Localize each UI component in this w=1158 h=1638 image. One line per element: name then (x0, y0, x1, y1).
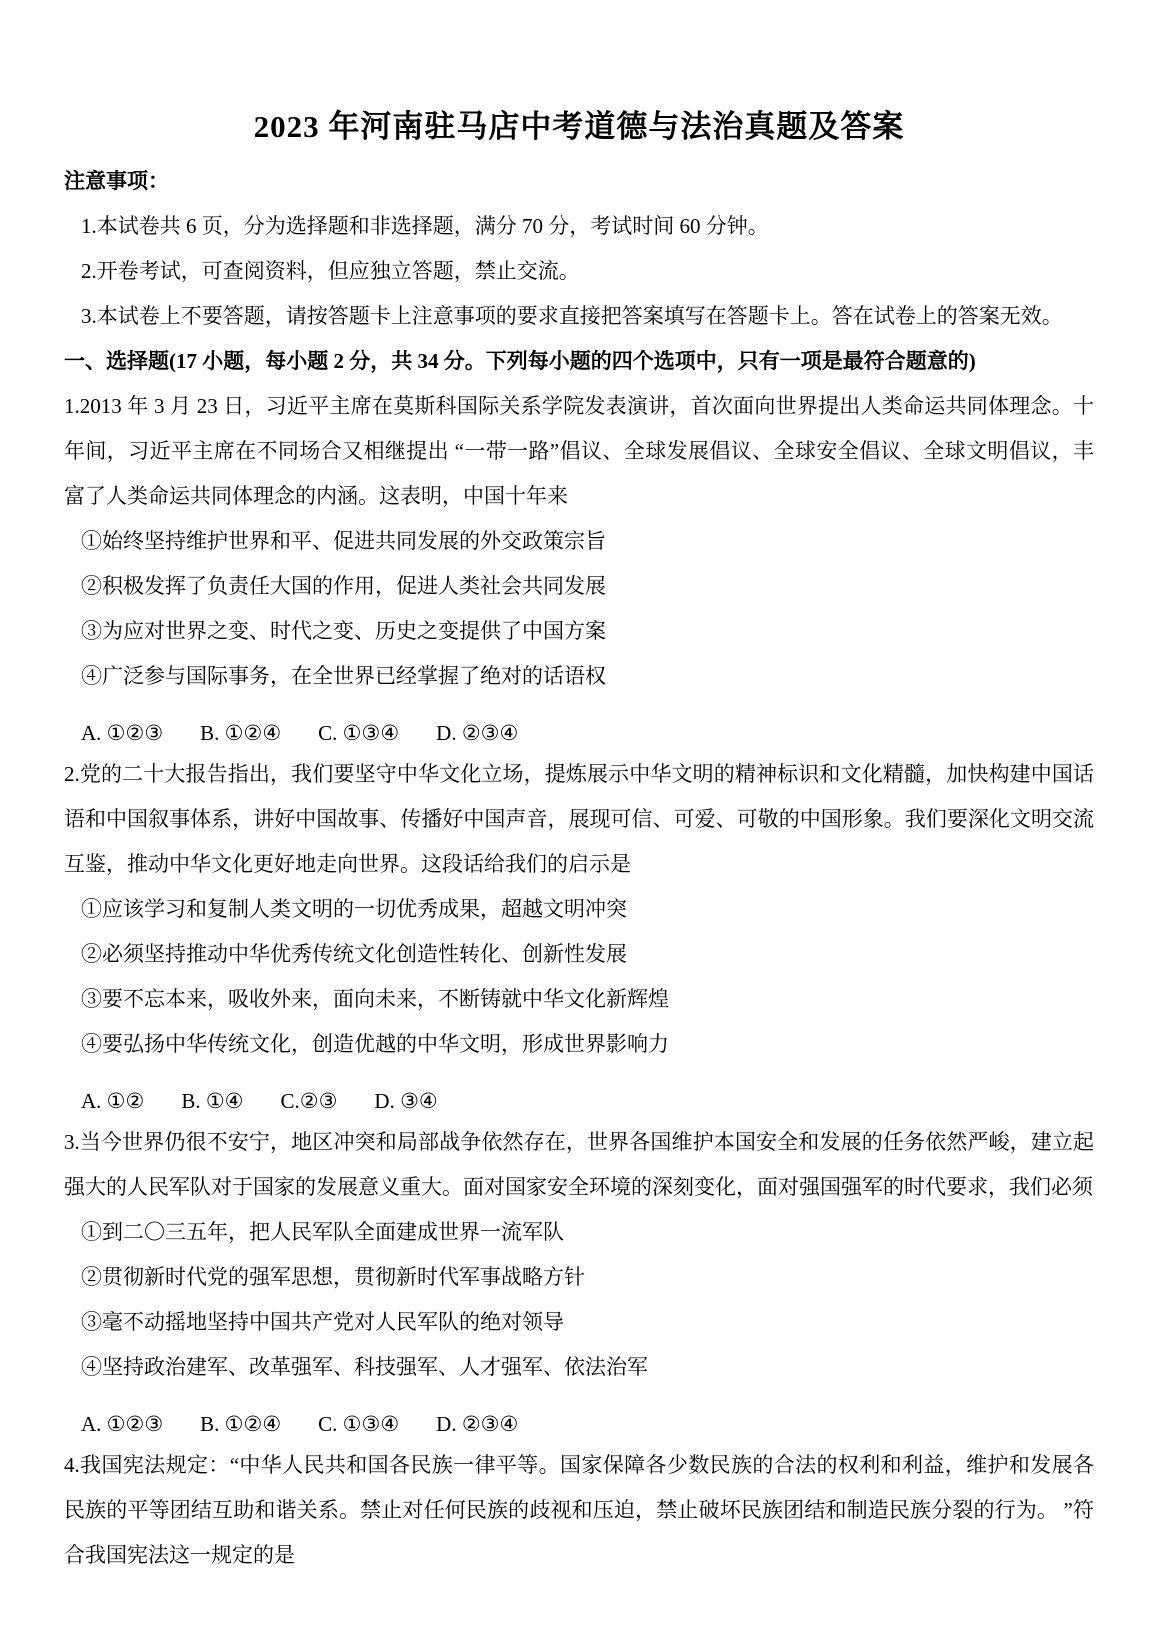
question-2-option-4: ④要弘扬中华传统文化，创造优越的中华文明，形成世界影响力 (64, 1022, 1094, 1067)
question-1-option-3: ③为应对世界之变、时代之变、历史之变提供了中国方案 (64, 609, 1094, 654)
question-2-option-2: ②必须坚持推动中华优秀传统文化创造性转化、创新性发展 (64, 932, 1094, 977)
choice-c: C.②③ (281, 1079, 338, 1124)
choice-b: B. ①④ (181, 1079, 243, 1124)
question-3: 3.当今世界仍很不安宁，地区冲突和局部战争依然存在，世界各国维护本国安全和发展的… (64, 1120, 1094, 1447)
question-3-stem: 3.当今世界仍很不安宁，地区冲突和局部战争依然存在，世界各国维护本国安全和发展的… (64, 1120, 1094, 1210)
notice-item-1: 1.本试卷共 6 页，分为选择题和非选择题，满分 70 分，考试时间 60 分钟… (64, 204, 1094, 249)
choice-c: C. ①③④ (318, 1402, 399, 1447)
choice-d: D. ②③④ (436, 711, 518, 756)
question-2-option-1: ①应该学习和复制人类文明的一切优秀成果，超越文明冲突 (64, 887, 1094, 932)
notice-item-3: 3.本试卷上不要答题，请按答题卡上注意事项的要求直接把答案填写在答题卡上。答在试… (64, 294, 1094, 339)
question-1-choices: A. ①②③ B. ①②④ C. ①③④ D. ②③④ (64, 711, 1094, 756)
choice-c: C. ①③④ (318, 711, 399, 756)
question-1-option-1: ①始终坚持维护世界和平、促进共同发展的外交政策宗旨 (64, 519, 1094, 564)
choice-b: B. ①②④ (200, 711, 281, 756)
choice-d: D. ②③④ (436, 1402, 518, 1447)
question-4-stem: 4.我国宪法规定：“中华人民共和国各民族一律平等。国家保障各少数民族的合法的权利… (64, 1443, 1094, 1578)
question-1-option-2: ②积极发挥了负责任大国的作用，促进人类社会共同发展 (64, 564, 1094, 609)
choice-a: A. ①②③ (81, 711, 163, 756)
question-1-stem: 1.2013 年 3 月 23 日，习近平主席在莫斯科国际关系学院发表演讲，首次… (64, 384, 1094, 519)
question-2-stem: 2.党的二十大报告指出，我们要坚守中华文化立场，提炼展示中华文明的精神标识和文化… (64, 752, 1094, 887)
question-1-option-4: ④广泛参与国际事务，在全世界已经掌握了绝对的话语权 (64, 654, 1094, 699)
question-3-choices: A. ①②③ B. ①②④ C. ①③④ D. ②③④ (64, 1402, 1094, 1447)
choice-d: D. ③④ (374, 1079, 437, 1124)
question-2-choices: A. ①② B. ①④ C.②③ D. ③④ (64, 1079, 1094, 1124)
notice-section: 注意事项： 1.本试卷共 6 页，分为选择题和非选择题，满分 70 分，考试时间… (64, 159, 1094, 339)
choice-a: A. ①② (81, 1079, 144, 1124)
question-3-option-2: ②贯彻新时代党的强军思想，贯彻新时代军事战略方针 (64, 1255, 1094, 1300)
exam-document-page: 2023 年河南驻马店中考道德与法治真题及答案 注意事项： 1.本试卷共 6 页… (0, 0, 1158, 1638)
question-3-option-3: ③毫不动摇地坚持中国共产党对人民军队的绝对领导 (64, 1300, 1094, 1345)
question-3-option-4: ④坚持政治建军、改革强军、科技强军、人才强军、依法治军 (64, 1345, 1094, 1390)
choice-a: A. ①②③ (81, 1402, 163, 1447)
question-2-option-3: ③要不忘本来，吸收外来，面向未来，不断铸就中华文化新辉煌 (64, 977, 1094, 1022)
page-title: 2023 年河南驻马店中考道德与法治真题及答案 (64, 104, 1094, 150)
notice-item-2: 2.开卷考试，可查阅资料，但应独立答题，禁止交流。 (64, 249, 1094, 294)
choice-b: B. ①②④ (200, 1402, 281, 1447)
question-2: 2.党的二十大报告指出，我们要坚守中华文化立场，提炼展示中华文明的精神标识和文化… (64, 752, 1094, 1124)
question-1: 1.2013 年 3 月 23 日，习近平主席在莫斯科国际关系学院发表演讲，首次… (64, 384, 1094, 756)
question-3-option-1: ①到二〇三五年，把人民军队全面建成世界一流军队 (64, 1210, 1094, 1255)
section-1-heading: 一、选择题(17 小题，每小题 2 分，共 34 分。下列每小题的四个选项中，只… (64, 339, 1094, 384)
notice-heading: 注意事项： (64, 159, 1094, 204)
question-4: 4.我国宪法规定：“中华人民共和国各民族一律平等。国家保障各少数民族的合法的权利… (64, 1443, 1094, 1578)
